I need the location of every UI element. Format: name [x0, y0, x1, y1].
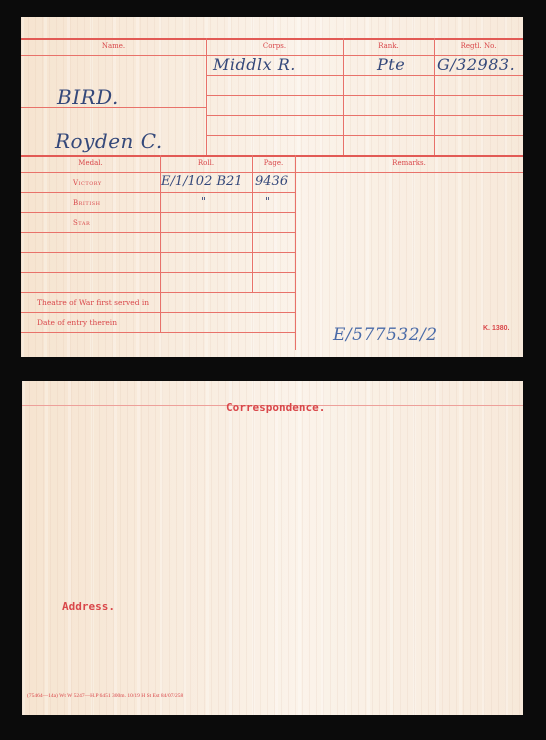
rule — [206, 38, 207, 155]
rule — [21, 292, 295, 293]
rule — [21, 212, 295, 213]
medal-victory-label: Victory — [73, 179, 102, 187]
surname-entry: BIRD. — [57, 85, 119, 109]
header-medal: Medal. — [21, 159, 160, 167]
rank-entry: Pte — [377, 55, 405, 74]
regtl-no-entry: G/32983. — [437, 55, 515, 74]
rule — [21, 252, 295, 253]
rule — [21, 192, 295, 193]
british-page-ditto: " — [265, 195, 271, 208]
rule — [21, 332, 295, 333]
rule — [206, 75, 523, 76]
rule — [21, 155, 523, 157]
rule — [21, 272, 295, 273]
medal-star-label: Star — [73, 219, 90, 227]
rule — [206, 135, 523, 136]
rule — [206, 115, 523, 116]
address-label: Address. — [62, 600, 115, 613]
date-of-entry-label: Date of entry therein — [37, 318, 117, 327]
header-name: Name. — [21, 42, 206, 50]
medal-index-card-back: Correspondence. Address. (75464—14a) Wt … — [22, 381, 523, 715]
corps-entry: Middlx R. — [213, 55, 296, 74]
form-code: K. 1380. — [483, 325, 509, 332]
medal-british-label: British — [73, 199, 100, 207]
victory-page-entry: 9436 — [255, 174, 288, 189]
medal-index-card-front: Name. Corps. Rank. Regtl. No. Medal. Rol… — [21, 17, 523, 357]
reference-number: E/577532/2 — [333, 325, 438, 345]
british-roll-ditto: " — [201, 195, 207, 208]
rule — [343, 38, 344, 155]
forenames-entry: Royden C. — [55, 129, 163, 153]
victory-roll-entry: E/1/102 B21 — [161, 174, 243, 189]
header-remarks: Remarks. — [295, 159, 523, 167]
rule — [21, 312, 295, 313]
header-rank: Rank. — [343, 42, 434, 50]
rule — [206, 95, 523, 96]
header-regtl-no: Regtl. No. — [434, 42, 523, 50]
rule — [434, 38, 435, 155]
header-page: Page. — [252, 159, 295, 167]
printer-footer: (75464—14a) Wt W 5247—H.P 6451 300m. 10/… — [27, 693, 183, 699]
rule — [295, 155, 296, 350]
header-corps: Corps. — [206, 42, 343, 50]
correspondence-label: Correspondence. — [226, 401, 325, 414]
rule — [21, 38, 523, 40]
rule — [21, 172, 523, 173]
header-roll: Roll. — [160, 159, 252, 167]
theatre-of-war-label: Theatre of War first served in — [37, 298, 149, 307]
rule — [252, 155, 253, 293]
rule — [21, 232, 295, 233]
